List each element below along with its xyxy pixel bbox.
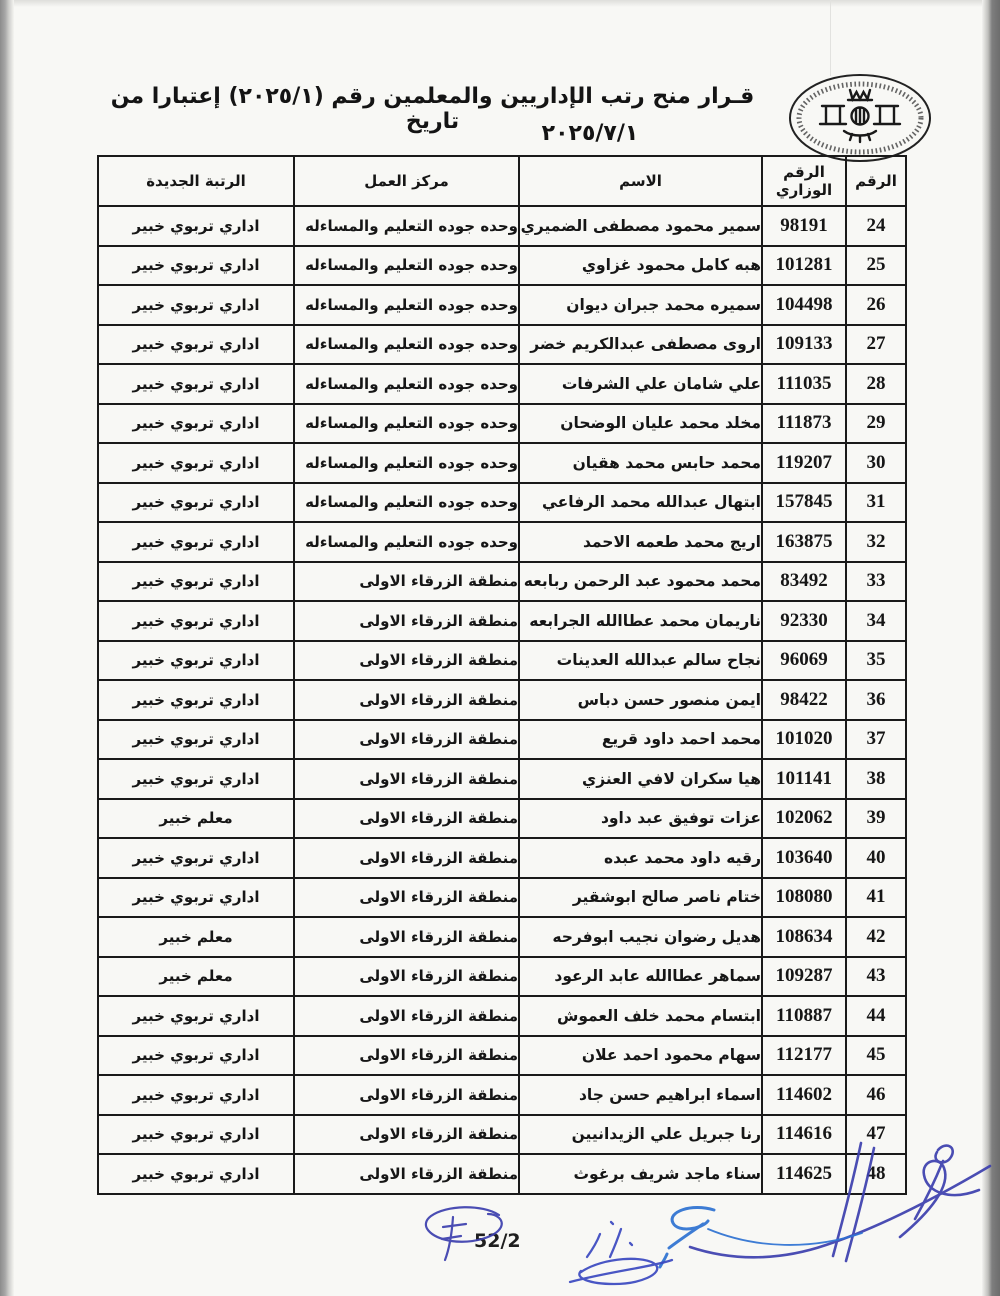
- document-title-date: ٢٠٢٥/٧/١: [430, 121, 750, 146]
- cell-work-center: وحده جوده التعليم والمساءله: [294, 206, 519, 246]
- cell-serial: 42: [846, 917, 906, 957]
- header-ministry-number: الرقم الوزاري: [762, 156, 846, 206]
- scanned-document-page: قـرار منح رتب الإداريين والمعلمين رقم (٢…: [0, 0, 1000, 1296]
- cell-work-center: منطقة الزرقاء الاولى: [294, 838, 519, 878]
- cell-new-rank: معلم خبير: [98, 957, 294, 997]
- cell-work-center: وحده جوده التعليم والمساءله: [294, 246, 519, 286]
- table-row: 48 114625 سناء ماجد شريف برغوث منطقة الز…: [98, 1154, 906, 1194]
- cell-ministry-number: 112177: [762, 1036, 846, 1076]
- cell-name: هيا سكران لافي العنزي: [519, 759, 762, 799]
- table-row: 42 108634 هديل رضوان نجيب ابوفرحه منطقة …: [98, 917, 906, 957]
- cell-new-rank: اداري تربوي خبير: [98, 522, 294, 562]
- cell-serial: 46: [846, 1075, 906, 1115]
- cell-ministry-number: 92330: [762, 601, 846, 641]
- cell-serial: 44: [846, 996, 906, 1036]
- table-row: 32 163875 اريج محمد طعمه الاحمد وحده جود…: [98, 522, 906, 562]
- cell-work-center: منطقة الزرقاء الاولى: [294, 996, 519, 1036]
- cell-name: علي شامان علي الشرفات: [519, 364, 762, 404]
- table-row: 34 92330 ناريمان محمد عطاالله الجرابعه م…: [98, 601, 906, 641]
- table-row: 36 98422 ايمن منصور حسن دباس منطقة الزرق…: [98, 680, 906, 720]
- cell-new-rank: معلم خبير: [98, 799, 294, 839]
- cell-ministry-number: 114625: [762, 1154, 846, 1194]
- cell-ministry-number: 102062: [762, 799, 846, 839]
- cell-ministry-number: 157845: [762, 483, 846, 523]
- cell-work-center: منطقة الزرقاء الاولى: [294, 759, 519, 799]
- table-row: 46 114602 اسماء ابراهيم حسن جاد منطقة ال…: [98, 1075, 906, 1115]
- table-row: 41 108080 ختام ناصر صالح ابوشقير منطقة ا…: [98, 878, 906, 918]
- cell-work-center: منطقة الزرقاء الاولى: [294, 601, 519, 641]
- header-work-center: مركز العمل: [294, 156, 519, 206]
- cell-new-rank: معلم خبير: [98, 917, 294, 957]
- cell-ministry-number: 163875: [762, 522, 846, 562]
- cell-work-center: وحده جوده التعليم والمساءله: [294, 483, 519, 523]
- header-new-rank: الرتبة الجديدة: [98, 156, 294, 206]
- cell-new-rank: اداري تربوي خبير: [98, 364, 294, 404]
- table-header-row: الرقم الرقم الوزاري الاسم مركز العمل الر…: [98, 156, 906, 206]
- table-row: 35 96069 نجاح سالم عبدالله العدينات منطق…: [98, 641, 906, 681]
- cell-serial: 38: [846, 759, 906, 799]
- cell-work-center: منطقة الزرقاء الاولى: [294, 562, 519, 602]
- cell-ministry-number: 98422: [762, 680, 846, 720]
- cell-ministry-number: 103640: [762, 838, 846, 878]
- table-row: 28 111035 علي شامان علي الشرفات وحده جود…: [98, 364, 906, 404]
- cell-name: محمد حابس محمد هقيان: [519, 443, 762, 483]
- cell-name: ايمن منصور حسن دباس: [519, 680, 762, 720]
- cell-ministry-number: 104498: [762, 285, 846, 325]
- cell-new-rank: اداري تربوي خبير: [98, 246, 294, 286]
- cell-serial: 32: [846, 522, 906, 562]
- rank-table: الرقم الرقم الوزاري الاسم مركز العمل الر…: [97, 155, 907, 1195]
- table-row: 27 109133 اروى مصطفى عبدالكريم خضر وحده …: [98, 325, 906, 365]
- scan-edge-left: [0, 0, 14, 1296]
- cell-new-rank: اداري تربوي خبير: [98, 720, 294, 760]
- cell-serial: 35: [846, 641, 906, 681]
- cell-work-center: وحده جوده التعليم والمساءله: [294, 325, 519, 365]
- cell-work-center: منطقة الزرقاء الاولى: [294, 1115, 519, 1155]
- table-row: 24 98191 سمير محمود مصطفى الضميري وحده ج…: [98, 206, 906, 246]
- cell-serial: 24: [846, 206, 906, 246]
- table-row: 33 83492 محمد محمود عبد الرحمن ربابعه من…: [98, 562, 906, 602]
- table-row: 40 103640 رقيه داود محمد عبده منطقة الزر…: [98, 838, 906, 878]
- cell-name: محمد احمد داود قريع: [519, 720, 762, 760]
- scan-edge-top: [0, 0, 1000, 7]
- table-row: 30 119207 محمد حابس محمد هقيان وحده جوده…: [98, 443, 906, 483]
- cell-work-center: وحده جوده التعليم والمساءله: [294, 364, 519, 404]
- cell-name: اريج محمد طعمه الاحمد: [519, 522, 762, 562]
- page-number: 52/2: [474, 1230, 521, 1252]
- table-row: 25 101281 هبه كامل محمود غزاوي وحده جوده…: [98, 246, 906, 286]
- cell-name: سهام محمود احمد علان: [519, 1036, 762, 1076]
- ministry-seal-icon: [786, 72, 934, 164]
- cell-new-rank: اداري تربوي خبير: [98, 404, 294, 444]
- cell-ministry-number: 108634: [762, 917, 846, 957]
- cell-name: ناريمان محمد عطاالله الجرابعه: [519, 601, 762, 641]
- cell-ministry-number: 111873: [762, 404, 846, 444]
- cell-serial: 33: [846, 562, 906, 602]
- cell-work-center: منطقة الزرقاء الاولى: [294, 917, 519, 957]
- cell-ministry-number: 96069: [762, 641, 846, 681]
- cell-new-rank: اداري تربوي خبير: [98, 1036, 294, 1076]
- cell-ministry-number: 110887: [762, 996, 846, 1036]
- cell-serial: 27: [846, 325, 906, 365]
- rank-table-body: 24 98191 سمير محمود مصطفى الضميري وحده ج…: [98, 206, 906, 1194]
- cell-new-rank: اداري تربوي خبير: [98, 680, 294, 720]
- cell-new-rank: اداري تربوي خبير: [98, 206, 294, 246]
- cell-serial: 45: [846, 1036, 906, 1076]
- cell-ministry-number: 108080: [762, 878, 846, 918]
- table-row: 44 110887 ابتسام محمد خلف العموش منطقة ا…: [98, 996, 906, 1036]
- cell-name: ختام ناصر صالح ابوشقير: [519, 878, 762, 918]
- cell-new-rank: اداري تربوي خبير: [98, 601, 294, 641]
- cell-work-center: منطقة الزرقاء الاولى: [294, 878, 519, 918]
- cell-new-rank: اداري تربوي خبير: [98, 1115, 294, 1155]
- cell-new-rank: اداري تربوي خبير: [98, 641, 294, 681]
- cell-ministry-number: 111035: [762, 364, 846, 404]
- cell-work-center: منطقة الزرقاء الاولى: [294, 1036, 519, 1076]
- cell-serial: 36: [846, 680, 906, 720]
- cell-new-rank: اداري تربوي خبير: [98, 1075, 294, 1115]
- cell-ministry-number: 98191: [762, 206, 846, 246]
- cell-ministry-number: 101141: [762, 759, 846, 799]
- table-row: 37 101020 محمد احمد داود قريع منطقة الزر…: [98, 720, 906, 760]
- cell-name: هديل رضوان نجيب ابوفرحه: [519, 917, 762, 957]
- cell-work-center: منطقة الزرقاء الاولى: [294, 799, 519, 839]
- cell-new-rank: اداري تربوي خبير: [98, 483, 294, 523]
- cell-serial: 47: [846, 1115, 906, 1155]
- cell-work-center: وحده جوده التعليم والمساءله: [294, 443, 519, 483]
- cell-serial: 37: [846, 720, 906, 760]
- cell-new-rank: اداري تربوي خبير: [98, 562, 294, 602]
- cell-new-rank: اداري تربوي خبير: [98, 878, 294, 918]
- cell-ministry-number: 109133: [762, 325, 846, 365]
- cell-name: سميره محمد جبران ديوان: [519, 285, 762, 325]
- cell-work-center: وحده جوده التعليم والمساءله: [294, 404, 519, 444]
- signature-middle-flourish: [570, 1222, 672, 1284]
- cell-name: ابتهال عبدالله محمد الرفاعي: [519, 483, 762, 523]
- cell-serial: 25: [846, 246, 906, 286]
- cell-name: رنا جبريل علي الزيدانيين: [519, 1115, 762, 1155]
- cell-ministry-number: 114616: [762, 1115, 846, 1155]
- cell-work-center: منطقة الزرقاء الاولى: [294, 957, 519, 997]
- cell-new-rank: اداري تربوي خبير: [98, 759, 294, 799]
- cell-name: اروى مصطفى عبدالكريم خضر: [519, 325, 762, 365]
- cell-work-center: وحده جوده التعليم والمساءله: [294, 522, 519, 562]
- cell-name: سناء ماجد شريف برغوث: [519, 1154, 762, 1194]
- cell-name: سماهر عطاالله عابد الرعود: [519, 957, 762, 997]
- table-row: 29 111873 مخلد محمد عليان الوضحان وحده ج…: [98, 404, 906, 444]
- cell-new-rank: اداري تربوي خبير: [98, 285, 294, 325]
- table-row: 43 109287 سماهر عطاالله عابد الرعود منطق…: [98, 957, 906, 997]
- cell-serial: 40: [846, 838, 906, 878]
- cell-serial: 30: [846, 443, 906, 483]
- table-row: 38 101141 هيا سكران لافي العنزي منطقة ال…: [98, 759, 906, 799]
- cell-name: ابتسام محمد خلف العموش: [519, 996, 762, 1036]
- table-row: 39 102062 عزات توفيق عبد داود منطقة الزر…: [98, 799, 906, 839]
- cell-work-center: منطقة الزرقاء الاولى: [294, 680, 519, 720]
- cell-ministry-number: 109287: [762, 957, 846, 997]
- cell-ministry-number: 114602: [762, 1075, 846, 1115]
- header-name: الاسم: [519, 156, 762, 206]
- cell-work-center: منطقة الزرقاء الاولى: [294, 1075, 519, 1115]
- cell-new-rank: اداري تربوي خبير: [98, 996, 294, 1036]
- scan-fold-line: [830, 0, 831, 76]
- cell-name: اسماء ابراهيم حسن جاد: [519, 1075, 762, 1115]
- cell-work-center: منطقة الزرقاء الاولى: [294, 641, 519, 681]
- cell-name: عزات توفيق عبد داود: [519, 799, 762, 839]
- scan-edge-right: [982, 0, 1000, 1296]
- cell-name: هبه كامل محمود غزاوي: [519, 246, 762, 286]
- table-row: 31 157845 ابتهال عبدالله محمد الرفاعي وح…: [98, 483, 906, 523]
- cell-work-center: منطقة الزرقاء الاولى: [294, 720, 519, 760]
- cell-serial: 31: [846, 483, 906, 523]
- cell-name: سمير محمود مصطفى الضميري: [519, 206, 762, 246]
- cell-serial: 34: [846, 601, 906, 641]
- table-row: 47 114616 رنا جبريل علي الزيدانيين منطقة…: [98, 1115, 906, 1155]
- cell-ministry-number: 119207: [762, 443, 846, 483]
- cell-work-center: منطقة الزرقاء الاولى: [294, 1154, 519, 1194]
- cell-serial: 41: [846, 878, 906, 918]
- table-row: 45 112177 سهام محمود احمد علان منطقة الز…: [98, 1036, 906, 1076]
- cell-serial: 26: [846, 285, 906, 325]
- cell-new-rank: اداري تربوي خبير: [98, 838, 294, 878]
- table-row: 26 104498 سميره محمد جبران ديوان وحده جو…: [98, 285, 906, 325]
- cell-ministry-number: 101020: [762, 720, 846, 760]
- cell-serial: 28: [846, 364, 906, 404]
- cell-new-rank: اداري تربوي خبير: [98, 325, 294, 365]
- cell-ministry-number: 83492: [762, 562, 846, 602]
- cell-new-rank: اداري تربوي خبير: [98, 443, 294, 483]
- signature-middle: [660, 1208, 862, 1267]
- header-serial: الرقم: [846, 156, 906, 206]
- cell-ministry-number: 101281: [762, 246, 846, 286]
- cell-serial: 29: [846, 404, 906, 444]
- cell-serial: 39: [846, 799, 906, 839]
- cell-new-rank: اداري تربوي خبير: [98, 1154, 294, 1194]
- cell-serial: 48: [846, 1154, 906, 1194]
- cell-name: مخلد محمد عليان الوضحان: [519, 404, 762, 444]
- cell-name: نجاح سالم عبدالله العدينات: [519, 641, 762, 681]
- cell-name: رقيه داود محمد عبده: [519, 838, 762, 878]
- cell-work-center: وحده جوده التعليم والمساءله: [294, 285, 519, 325]
- cell-name: محمد محمود عبد الرحمن ربابعه: [519, 562, 762, 602]
- cell-serial: 43: [846, 957, 906, 997]
